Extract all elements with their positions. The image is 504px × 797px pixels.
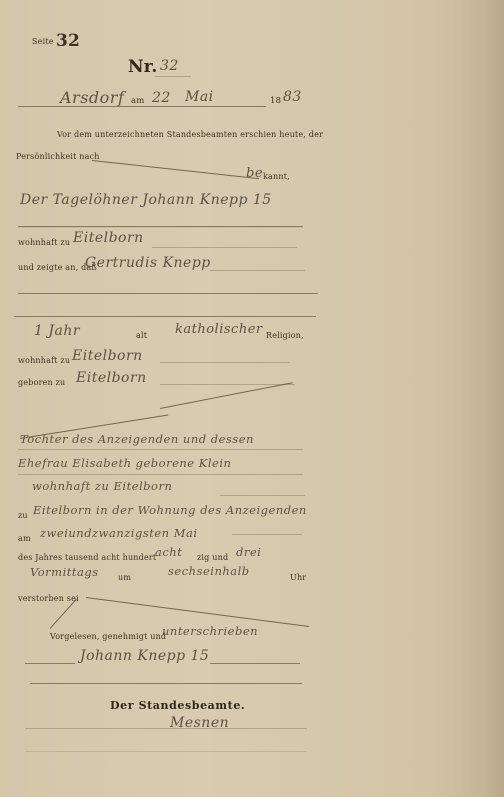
date-day: 22 bbox=[152, 90, 171, 106]
informant-signature: Johann Knepp 15 bbox=[80, 648, 209, 664]
parents-line-3-rule bbox=[220, 495, 305, 496]
strike-line-4 bbox=[86, 597, 309, 627]
death-date-label: am bbox=[18, 534, 31, 543]
informant-line-shadow bbox=[18, 227, 303, 228]
section-line-2 bbox=[14, 316, 316, 317]
date-prefix: am bbox=[131, 96, 145, 106]
year-suffix: 83 bbox=[283, 89, 302, 105]
death-place-hand: Eitelborn in der Wohnung des Anzeigenden bbox=[33, 503, 307, 517]
closing-label: Vorgelesen, genehmigt und bbox=[50, 632, 166, 641]
died-label: verstorben sei bbox=[18, 594, 79, 603]
deceased-residence-label: wohnhaft zu bbox=[18, 356, 70, 365]
informant-hand: Der Tagelöhner Johann Knepp 15 bbox=[20, 192, 272, 208]
section-line-3 bbox=[30, 683, 302, 684]
time-hand: sechseinhalb bbox=[168, 564, 250, 578]
residence-line bbox=[152, 247, 297, 248]
year-zig-label: zig und bbox=[197, 553, 228, 562]
register-page: Seite 32 Nr. 32 Arsdorf am 22 Mai 18 83 … bbox=[0, 0, 504, 797]
known-suffix-print: kannt, bbox=[263, 172, 290, 181]
place-date-line bbox=[18, 106, 266, 107]
year-text-label: des Jahres tausend acht hundert bbox=[18, 553, 156, 562]
page-label: Seite bbox=[32, 37, 54, 46]
signature-rule-left bbox=[25, 663, 75, 664]
closing-hand: unterschrieben bbox=[162, 624, 258, 638]
parents-line-2: Ehefrau Elisabeth geborene Klein bbox=[18, 456, 231, 470]
parents-line-3: wohnhaft zu Eitelborn bbox=[32, 479, 172, 493]
time-um-label: um bbox=[118, 573, 131, 582]
entry-number-underline bbox=[155, 76, 191, 77]
section-line-1 bbox=[18, 293, 318, 294]
bottom-line bbox=[25, 751, 307, 752]
deceased-residence-line bbox=[160, 362, 290, 363]
age-hand: 1 Jahr bbox=[34, 323, 80, 339]
personality-label: Persönlichkeit nach bbox=[16, 152, 100, 161]
year-prefix: 18 bbox=[270, 96, 281, 106]
strike-line-2 bbox=[160, 382, 293, 409]
known-suffix-hand: be bbox=[246, 166, 263, 181]
deceased-name-line bbox=[210, 270, 305, 271]
place-hand: Arsdorf bbox=[60, 88, 124, 107]
signature-rule-right bbox=[210, 663, 300, 664]
death-date-hand: zweiundzwanzigsten Mai bbox=[40, 526, 198, 540]
time-of-day-hand: Vormittags bbox=[30, 565, 99, 579]
birthplace: Eitelborn bbox=[76, 370, 147, 386]
religion-hand: katholischer bbox=[175, 322, 263, 337]
parents-line-1: Tochter des Anzeigenden und dessen bbox=[20, 432, 254, 446]
officer-line bbox=[25, 728, 307, 729]
year-hand-units: drei bbox=[236, 545, 261, 559]
death-date-rule bbox=[232, 534, 302, 535]
age-label: alt bbox=[136, 331, 147, 340]
informant-residence: Eitelborn bbox=[73, 230, 144, 246]
deceased-name: Gertrudis Knepp bbox=[85, 255, 211, 271]
born-label: geboren zu bbox=[18, 378, 65, 387]
residence-label: wohnhaft zu bbox=[18, 238, 70, 247]
time-uhr-label: Uhr bbox=[290, 573, 306, 582]
intro-text: Vor dem unterzeichneten Standesbeamten e… bbox=[57, 130, 323, 139]
parents-line-1-rule bbox=[18, 449, 303, 450]
parents-line-2-rule bbox=[18, 474, 303, 475]
date-month: Mai bbox=[185, 89, 214, 105]
strike-line bbox=[92, 160, 259, 179]
year-hand-tens: acht bbox=[155, 545, 182, 559]
religion-label: Religion, bbox=[266, 331, 304, 340]
page-number: 32 bbox=[56, 31, 80, 51]
deceased-residence: Eitelborn bbox=[72, 348, 143, 364]
death-place-label: zu bbox=[18, 511, 28, 520]
entry-label: Nr. bbox=[128, 57, 157, 77]
officer-title: Der Standesbeamte. bbox=[110, 699, 245, 712]
entry-number: 32 bbox=[160, 58, 179, 74]
